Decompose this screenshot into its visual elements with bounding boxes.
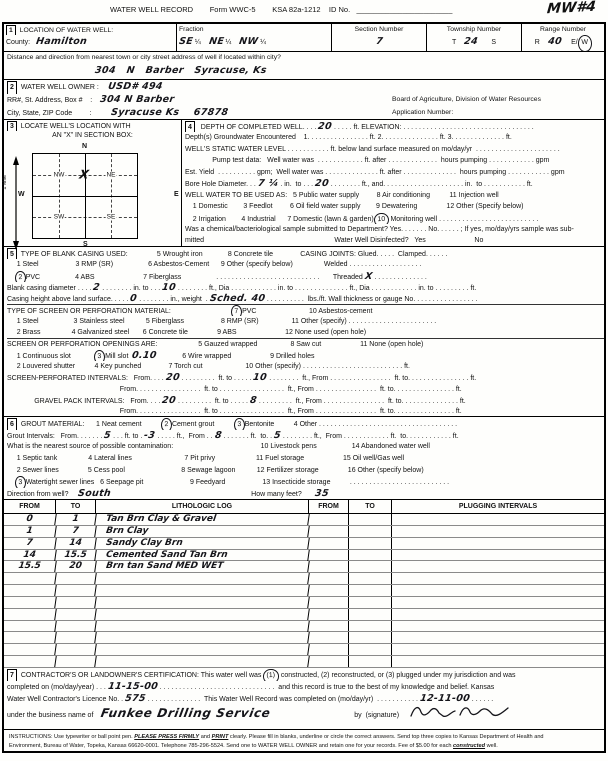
- text-segment: Mill slot: [105, 353, 132, 360]
- county-field: County: Hamilton: [6, 35, 174, 51]
- south-label: S: [83, 241, 88, 248]
- litho-to-cell: 1: [55, 514, 97, 525]
- text-segment: . . . . . . . . . . . . . . . . . . . . …: [158, 684, 495, 691]
- litho-from-cell: [3, 632, 57, 643]
- text-segment: 20: [317, 121, 332, 132]
- text-segment: City, State, ZIP Code :: [7, 110, 111, 117]
- owner-name-line: 2 WATER WELL OWNER : USD# 494: [7, 81, 601, 94]
- form-title: WATER WELL RECORD Form WWC-5 KSA 82a-121…: [2, 0, 606, 22]
- litho-log-cell: Sandy Clay Brn: [95, 538, 310, 549]
- litho-plug-cell: [392, 585, 604, 596]
- text-segment: Syracuse Ks 67878: [110, 107, 229, 119]
- text-segment: . . . . . . . . in. to . . .: [100, 285, 162, 292]
- contamination-row-2: 2 Sewer lines 5 Cess pool 8 Sewage lagoo…: [7, 465, 604, 477]
- text-segment: 2 Brass 4 Galvanized steel 6 Concrete ti…: [7, 329, 366, 336]
- text-segment: W: [577, 35, 591, 51]
- one-mile-label: 1 Mile: [2, 175, 8, 190]
- litho-from-cell: 15.5: [3, 561, 57, 572]
- text-segment: 35: [315, 488, 330, 499]
- litho-pto-cell: [349, 550, 392, 561]
- range-number-label: Range Number: [524, 25, 602, 35]
- litho-table-row: 17Brn Clay: [4, 526, 604, 538]
- east-label: E: [174, 191, 179, 198]
- text-segment: 2 Irrigation 4 Industrial 7 Domestic (la…: [185, 216, 374, 223]
- litho-from-cell: 7: [3, 538, 57, 549]
- section-3-locator: 3 LOCATE WELL'S LOCATION WITH AN "X" IN …: [4, 120, 182, 246]
- text-segment: X: [364, 271, 373, 282]
- well-water-use-row-1: 1 Domestic 3 Feedlot 6 Oil field water s…: [185, 201, 604, 212]
- litho-table-row: [4, 585, 604, 597]
- text-segment: Blank casing diameter . . . .: [7, 285, 93, 292]
- section-1-location: 1 LOCATION OF WATER WELL: County: Hamilt…: [4, 24, 604, 52]
- text-segment: TYPE OF SCREEN OR PERFORATION MATERIAL:: [7, 308, 231, 315]
- casing-row-1: 1 Steel 3 RMP (SR) 6 Asbestos-Cement 9 O…: [7, 259, 604, 270]
- litho-log-cell: [95, 573, 310, 584]
- text-segment: 8: [214, 430, 223, 441]
- text-segment: 5: [273, 430, 282, 441]
- text-segment: mitted Water Well Disinfected? Yes No: [185, 237, 483, 244]
- text-segment: Hamilton: [35, 35, 88, 49]
- litho-table-row: [4, 632, 604, 644]
- text-segment: . . . . . . . . . . . . . . This Water W…: [146, 696, 420, 703]
- text-segment: 20: [165, 372, 180, 383]
- township-number-column: Township Number T 24 S: [427, 24, 522, 51]
- litho-from-cell: [3, 597, 57, 608]
- text-segment: PVC 10 Asbestos-cement: [242, 308, 372, 315]
- litho-pto-cell: [349, 585, 392, 596]
- est-yield-line: Est. Yield . . . . . . . . . . gpm; Well…: [185, 167, 604, 178]
- certification-line-1: 7 CONTRACTOR'S OR LANDOWNER'S CERTIFICAT…: [7, 669, 604, 681]
- litho-table-row: 1415.5Cemented Sand Tan Brn: [4, 550, 604, 562]
- litho-table-header: FROM TO LITHOLOGIC LOG FROM TO PLUGGING …: [4, 500, 604, 514]
- text-segment: Watertight sewer lines 6 Seepage pit 9 F…: [26, 479, 449, 486]
- gravel-pack-intervals-line-1: GRAVEL PACK INTERVALS: From. . . . 20 . …: [7, 395, 604, 406]
- litho-table-row: [4, 573, 604, 585]
- text-segment: 7: [375, 35, 384, 49]
- litho-log-cell: [95, 644, 310, 655]
- screen-perforated-intervals-line-1: SCREEN-PERFORATED INTERVALS: From. . . .…: [7, 372, 604, 383]
- header-from: FROM: [4, 500, 56, 513]
- litho-log-cell: [95, 656, 310, 667]
- text-segment: USD# 494: [108, 81, 164, 93]
- well-id-handwritten: MW#4: [546, 0, 596, 17]
- text-segment: Grout Intervals: From. . . . . . .: [7, 433, 104, 440]
- nw-quadrant-label: NW: [53, 172, 66, 179]
- se-quadrant-label: SE: [106, 214, 117, 221]
- section-4-well-details: 4 DEPTH OF COMPLETED WELL. . . . 20 . . …: [182, 120, 604, 246]
- litho-plug-cell: [392, 514, 604, 525]
- litho-log-cell: [95, 585, 310, 596]
- well-disinfected-line: mitted Water Well Disinfected? Yes No: [185, 235, 604, 246]
- text-segment: under the business name of: [7, 712, 101, 719]
- litho-to-cell: [55, 573, 97, 584]
- section-7-certification: 7 CONTRACTOR'S OR LANDOWNER'S CERTIFICAT…: [4, 668, 604, 730]
- text-segment: Bentonite 4 Other . . . . . . . . . . . …: [245, 421, 457, 428]
- section-square: NW NE SW SE X: [32, 153, 138, 239]
- litho-pto-cell: [349, 538, 392, 549]
- pump-test-line: Pump test data: Well water was . . . . .…: [185, 155, 604, 166]
- text-segment: South: [77, 488, 112, 499]
- locator-header-1: 3 LOCATE WELL'S LOCATION WITH: [4, 121, 181, 131]
- litho-table-row: [4, 656, 604, 668]
- location-label: 1 LOCATION OF WATER WELL:: [6, 25, 174, 35]
- text-segment: . . . . . . . ft. to. .: [221, 433, 274, 440]
- text-segment: 7 ¼: [257, 178, 279, 189]
- screen-perforated-intervals-line-2: From. . . . . . . . . . . . . . . . . ft…: [7, 384, 604, 395]
- text-segment: 304 N Barber Syracuse, Ks: [94, 63, 268, 78]
- sample-submitted-line: Was a chemical/bacteriological sample su…: [185, 224, 604, 235]
- litho-pto-cell: [349, 561, 392, 572]
- text-segment: AN "X" IN SECTION BOX:: [52, 132, 133, 139]
- litho-pfrom-cell: [309, 585, 349, 596]
- text-segment: Sched. 40: [209, 293, 266, 304]
- litho-log-cell: Brn tan Sand MED WET: [95, 561, 310, 572]
- text-segment: 575: [124, 693, 146, 705]
- text-segment: well.: [485, 743, 498, 749]
- distance-direction-row: Distance and direction from nearest town…: [4, 52, 604, 80]
- text-segment: and: [199, 734, 211, 740]
- text-segment: 1 Continuous slot: [7, 353, 94, 360]
- litho-to-cell: [55, 644, 97, 655]
- litho-pfrom-cell: [309, 538, 349, 549]
- text-segment: Range Number: [540, 26, 586, 33]
- litho-from-cell: [3, 656, 57, 667]
- litho-pfrom-cell: [309, 632, 349, 643]
- text-segment: 20: [161, 395, 176, 406]
- section-number-field: 7: [334, 35, 424, 51]
- text-segment: Funkee Drilling Service: [100, 705, 272, 721]
- text-segment: 2: [161, 418, 172, 430]
- well-water-use-row-2: 2 Irrigation 4 Industrial 7 Domestic (la…: [185, 213, 604, 224]
- section-number-column: Section Number 7: [332, 24, 427, 51]
- text-segment: 24: [463, 35, 479, 49]
- text-segment: 7: [231, 305, 242, 315]
- text-segment: 2: [15, 271, 26, 282]
- text-segment: Was a chemical/bacteriological sample su…: [185, 226, 574, 233]
- text-segment: [7, 274, 15, 281]
- text-segment: LOCATE WELL'S LOCATION WITH: [19, 123, 131, 130]
- text-segment: SCREEN OR PERFORATION OPENINGS ARE: 5 Ga…: [7, 341, 423, 348]
- litho-table-row: [4, 609, 604, 621]
- text-segment: Casing height above land surface. . . . …: [7, 296, 130, 303]
- screen-material-row-2: 2 Brass 4 Galvanized steel 6 Concrete ti…: [7, 327, 604, 338]
- header-plug-from: FROM: [309, 500, 349, 513]
- text-segment: CONTRACTOR'S OR LANDOWNER'S CERTIFICATIO…: [19, 672, 263, 679]
- litho-plug-cell: [392, 609, 604, 620]
- township-number-field: T 24 S: [429, 35, 519, 51]
- litho-table-row: 714Sandy Clay Brn: [4, 538, 604, 550]
- text-segment: ¼: [224, 39, 240, 46]
- header-to: TO: [56, 500, 96, 513]
- litho-pfrom-cell: [309, 550, 349, 561]
- litho-pfrom-cell: [309, 573, 349, 584]
- text-segment: ¼: [193, 39, 209, 46]
- text-segment: completed on (mo/day/year) . . .: [7, 684, 108, 691]
- center-horizontal-line: [33, 196, 137, 197]
- text-segment: County:: [6, 39, 36, 46]
- text-segment: . . . . . . . . . ft. to . . . . .: [180, 375, 254, 382]
- litho-table-row: 01Tan Brn Clay & Gravel: [4, 514, 604, 526]
- text-segment: 1 Steel 3 Stainless steel 5 Fiberglass 8…: [7, 318, 436, 325]
- fraction-column: Fraction SE ¼ NE ¼ NW ¼: [177, 24, 332, 51]
- text-segment: Environment, Bureau of Water, Topeka, Ka…: [9, 743, 453, 749]
- grout-material-line: 6 GROUT MATERIAL: 1 Neat cement 2Cement …: [7, 418, 604, 430]
- agency-name: Board of Agriculture, Division of Water …: [392, 94, 541, 107]
- litho-table-row: 15.520Brn tan Sand MED WET: [4, 561, 604, 573]
- litho-log-cell: [95, 609, 310, 620]
- litho-table-row: [4, 597, 604, 609]
- groundwater-encountered-line: Depth(s) Groundwater Encountered 1. . . …: [185, 132, 604, 143]
- text-segment: . in. to . . .: [278, 181, 315, 188]
- contamination-row-1: 1 Septic tank 4 Lateral lines 7 Pit priv…: [7, 453, 604, 465]
- text-segment: . . . . . .: [470, 696, 493, 703]
- text-segment: (1): [263, 669, 279, 681]
- text-segment: 1 Steel 3 RMP (SR) 6 Asbestos-Cement 9 O…: [7, 261, 421, 268]
- text-segment: TYPE OF BLANK CASING USED: 5 Wrought iro…: [19, 251, 447, 258]
- text-segment: . . . . . . . . ft., From . . . . . . . …: [281, 433, 459, 440]
- text-segment: Direction from well?: [7, 491, 78, 498]
- fraction-field: SE ¼ NE ¼ NW ¼: [179, 35, 329, 51]
- text-segment: . . . . . . . . ft., Dia . . . . . . . .…: [176, 285, 476, 292]
- text-segment: . . . . . . . . . . lbs./ft. Wall thickn…: [265, 296, 478, 303]
- litho-from-cell: [3, 621, 57, 632]
- text-segment: 2: [7, 81, 17, 94]
- casing-height-line: Casing height above land surface. . . . …: [7, 293, 604, 304]
- text-segment: ¼: [258, 39, 266, 46]
- litho-pto-cell: [349, 621, 392, 632]
- litho-to-cell: 15.5: [55, 550, 97, 561]
- litho-plug-cell: [392, 550, 604, 561]
- text-segment: WELL'S STATIC WATER LEVEL . . . . . . . …: [185, 146, 560, 153]
- text-segment: Water Well Contractor's Licence No. .: [7, 696, 125, 703]
- text-segment: WATER WELL OWNER :: [19, 84, 109, 91]
- litho-to-cell: [55, 609, 97, 620]
- text-segment: by (signature): [271, 712, 403, 719]
- instructions-footer: INSTRUCTIONS: Use typewriter or ball poi…: [4, 730, 604, 751]
- section-5-casing-screen: 5 TYPE OF BLANK CASING USED: 5 Wrought i…: [4, 247, 604, 417]
- text-segment: What is the nearest source of possible c…: [7, 443, 430, 450]
- text-segment: PLEASE PRESS FIRMLY: [134, 734, 199, 740]
- litho-from-cell: [3, 573, 57, 584]
- text-segment: 0.10: [132, 350, 158, 361]
- business-name-line: under the business name of Funkee Drilli…: [7, 705, 604, 723]
- text-segment: 2 Sewer lines 5 Cess pool 8 Sewage lagoo…: [7, 467, 424, 474]
- water-well-record-form: WATER WELL RECORD Form WWC-5 KSA 82a-121…: [0, 0, 608, 761]
- litho-from-cell: [3, 609, 57, 620]
- text-segment: Distance and direction from nearest town…: [7, 54, 281, 61]
- well-address-handwritten: 304 N Barber Syracuse, Ks: [7, 63, 601, 80]
- text-segment: SE: [179, 35, 194, 49]
- header-lithologic-log: LITHOLOGIC LOG: [96, 500, 309, 513]
- litho-pfrom-cell: [309, 656, 349, 667]
- litho-plug-cell: [392, 526, 604, 537]
- text-segment: INSTRUCTIONS: Use typewriter or ball poi…: [9, 734, 134, 740]
- text-segment: 11-15-00: [107, 681, 159, 693]
- lithologic-log-table: FROM TO LITHOLOGIC LOG FROM TO PLUGGING …: [4, 500, 604, 668]
- range-number-column: Range Number R 40 E/W: [522, 24, 604, 51]
- north-label: N: [82, 143, 87, 150]
- litho-pto-cell: [349, 609, 392, 620]
- contamination-row-3: 3Watertight sewer lines 6 Seepage pit 9 …: [7, 476, 604, 488]
- text-segment: . . . . . . . . in., weight .: [137, 296, 209, 303]
- text-segment: WATER WELL RECORD Form WWC-5 KSA 82a-121…: [110, 5, 356, 14]
- ne-quadrant-label: NE: [105, 172, 116, 179]
- township-number-label: Township Number: [429, 25, 519, 35]
- screen-openings-header: SCREEN OR PERFORATION OPENINGS ARE: 5 Ga…: [7, 338, 604, 349]
- casing-row-2: 2PVC 4 ABS 7 Fiberglass . . . . . . . . …: [7, 271, 604, 282]
- screen-material-row-1: 1 Steel 3 Stainless steel 5 Fiberglass 8…: [7, 316, 604, 327]
- text-segment: Township Number: [447, 26, 501, 33]
- text-segment: Section Number: [355, 26, 404, 33]
- litho-table-row: [4, 644, 604, 656]
- direction-feet-line: Direction from well? South How many feet…: [7, 488, 604, 500]
- text-segment: 12-11-00: [419, 693, 471, 705]
- grout-intervals-line: Grout Intervals: From. . . . . . . 5 . .…: [7, 430, 604, 442]
- text-segment: T: [452, 39, 464, 46]
- text-segment: Bore Hole Diameter. . .: [185, 181, 258, 188]
- litho-pto-cell: [349, 514, 392, 525]
- text-segment: NW: [238, 35, 259, 49]
- text-segment: . . . . . . . . . . . . . .: [372, 274, 426, 281]
- instructions-line-1: INSTRUCTIONS: Use typewriter or ball poi…: [9, 733, 599, 742]
- litho-log-cell: [95, 621, 310, 632]
- text-segment: R: [535, 39, 548, 46]
- litho-to-cell: [55, 597, 97, 608]
- screen-openings-row-2: 2 Louvered shutter 4 Key punched 7 Torch…: [7, 361, 604, 372]
- text-segment: DEPTH OF COMPLETED WELL. . . .: [197, 124, 318, 131]
- text-segment: [7, 479, 15, 486]
- litho-log-cell: Tan Brn Clay & Gravel: [95, 514, 310, 525]
- text-segment: Depth(s) Groundwater Encountered 1. . . …: [185, 134, 512, 141]
- text-segment: 1: [6, 25, 16, 35]
- signature: [407, 705, 511, 721]
- text-segment: LOCATION OF WATER WELL:: [18, 27, 113, 34]
- text-segment: 304 N Barber: [99, 94, 175, 106]
- text-segment: constructed, (2) reconstructed, or (3) p…: [279, 672, 516, 679]
- litho-log-cell: Cemented Sand Tan Brn: [95, 550, 310, 561]
- depth-completed-well-line: 4 DEPTH OF COMPLETED WELL. . . . 20 . . …: [185, 121, 604, 132]
- form-body: 1 LOCATION OF WATER WELL: County: Hamilt…: [2, 22, 606, 753]
- header-plugging-intervals: PLUGGING INTERVALS: [392, 500, 604, 513]
- litho-to-cell: 7: [55, 526, 97, 537]
- bore-hole-diameter-line: Bore Hole Diameter. . . 7 ¼ . in. to . .…: [185, 178, 604, 189]
- text-segment: GROUT MATERIAL: 1 Neat cement: [19, 421, 161, 428]
- text-segment: 8: [249, 395, 257, 406]
- litho-plug-cell: [392, 538, 604, 549]
- blank-casing-header: 5 TYPE OF BLANK CASING USED: 5 Wrought i…: [7, 248, 604, 259]
- middle-block: 3 LOCATE WELL'S LOCATION WITH AN "X" IN …: [4, 120, 604, 247]
- text-segment: clearly. Please fill in blanks, underlin…: [228, 734, 543, 740]
- text-segment: PRINT: [212, 734, 229, 740]
- litho-from-cell: [3, 585, 57, 596]
- text-segment: . . . ft. to .: [111, 433, 144, 440]
- litho-pto-cell: [349, 597, 392, 608]
- text-segment: _______________________: [356, 5, 452, 14]
- litho-from-cell: 1: [3, 526, 57, 537]
- text-segment: 6: [7, 418, 17, 430]
- text-segment: 3: [15, 476, 26, 488]
- text-segment: WELL WATER TO BE USED AS: 5 Public water…: [185, 192, 499, 199]
- sw-quadrant-label: SW: [53, 214, 65, 221]
- text-segment: S: [478, 39, 496, 46]
- litho-pto-cell: [349, 644, 392, 655]
- text-segment: . . . . . . . . ft., From . . . . . . . …: [267, 375, 476, 382]
- text-segment: constructed: [453, 743, 485, 749]
- litho-pfrom-cell: [309, 514, 349, 525]
- section-2-owner: 2 WATER WELL OWNER : USD# 494 RR#, St. A…: [4, 80, 604, 120]
- litho-table-body: 01Tan Brn Clay & Gravel17Brn Clay714Sand…: [4, 514, 604, 668]
- litho-to-cell: 14: [55, 538, 97, 549]
- text-segment: 6 Wire wrapped 9 Drilled holes: [157, 353, 315, 360]
- text-segment: Est. Yield . . . . . . . . . . gpm; Well…: [185, 169, 565, 176]
- litho-plug-cell: [392, 597, 604, 608]
- locator-header-2: AN "X" IN SECTION BOX:: [4, 131, 181, 141]
- text-segment: 20: [314, 178, 329, 189]
- well-location-x-mark: X: [78, 167, 89, 181]
- certification-line-3: Water Well Contractor's Licence No. . 57…: [7, 693, 604, 705]
- litho-pfrom-cell: [309, 526, 349, 537]
- business-name-text: under the business name of Funkee Drilli…: [7, 705, 403, 723]
- litho-from-cell: 0: [3, 514, 57, 525]
- text-segment: . . . . . . . . . ft. to . . . . .: [176, 398, 250, 405]
- text-segment: 4: [185, 121, 195, 132]
- litho-pfrom-cell: [309, 609, 349, 620]
- text-segment: . . . . . ft. ELEVATION: . . . . . . . .…: [332, 124, 534, 131]
- litho-to-cell: [55, 621, 97, 632]
- section-6-grout-contamination: 6 GROUT MATERIAL: 1 Neat cement 2Cement …: [4, 417, 604, 500]
- fraction-label: Fraction: [179, 25, 329, 35]
- certification-line-2: completed on (mo/day/year) . . . 11-15-0…: [7, 681, 604, 693]
- location-column: 1 LOCATION OF WATER WELL: County: Hamilt…: [4, 24, 177, 51]
- litho-pfrom-cell: [309, 644, 349, 655]
- litho-to-cell: [55, 656, 97, 667]
- section-number-label: Section Number: [334, 25, 424, 35]
- text-segment: 3: [94, 350, 105, 361]
- text-segment: . . . . . . . . . ft., From . . . . . . …: [257, 398, 466, 405]
- text-segment: Monitoring well . . . . . . . . . . . . …: [389, 216, 539, 223]
- text-segment: E/: [561, 39, 577, 46]
- litho-log-cell: [95, 632, 310, 643]
- litho-plug-cell: [392, 621, 604, 632]
- screen-openings-row-1: 1 Continuous slot 3Mill slot 0.10 6 Wire…: [7, 350, 604, 361]
- agency-block: Board of Agriculture, Division of Water …: [392, 94, 541, 120]
- litho-pto-cell: [349, 573, 392, 584]
- text-segment: NE: [208, 35, 225, 49]
- text-segment: Cement grout: [172, 421, 234, 428]
- text-segment: From. . . . . . . . . . . . . . . . . ft…: [7, 408, 462, 415]
- contamination-header: What is the nearest source of possible c…: [7, 441, 604, 453]
- text-segment: PVC 4 ABS 7 Fiberglass . . . . . . . . .…: [26, 274, 365, 281]
- screen-material-header: TYPE OF SCREEN OR PERFORATION MATERIAL: …: [7, 304, 604, 315]
- litho-plug-cell: [392, 632, 604, 643]
- range-number-field: R 40 E/W: [524, 35, 602, 51]
- litho-plug-cell: [392, 573, 604, 584]
- litho-pfrom-cell: [309, 561, 349, 572]
- text-segment: 3: [234, 418, 245, 430]
- litho-from-cell: 14: [3, 550, 57, 561]
- text-segment: 2 Louvered shutter 4 Key punched 7 Torch…: [7, 363, 410, 370]
- text-segment: 10: [373, 213, 388, 224]
- text-segment: 10: [161, 282, 176, 293]
- litho-pfrom-cell: [309, 621, 349, 632]
- text-segment: 1 Domestic 3 Feedlot 6 Oil field water s…: [185, 203, 523, 210]
- litho-plug-cell: [392, 644, 604, 655]
- text-segment: GRAVEL PACK INTERVALS: From. . . .: [7, 398, 162, 405]
- text-segment: 10: [253, 372, 268, 383]
- well-water-use-header: WELL WATER TO BE USED AS: 5 Public water…: [185, 190, 604, 201]
- text-segment: . . . . . ft., From . .: [155, 433, 214, 440]
- litho-to-cell: [55, 585, 97, 596]
